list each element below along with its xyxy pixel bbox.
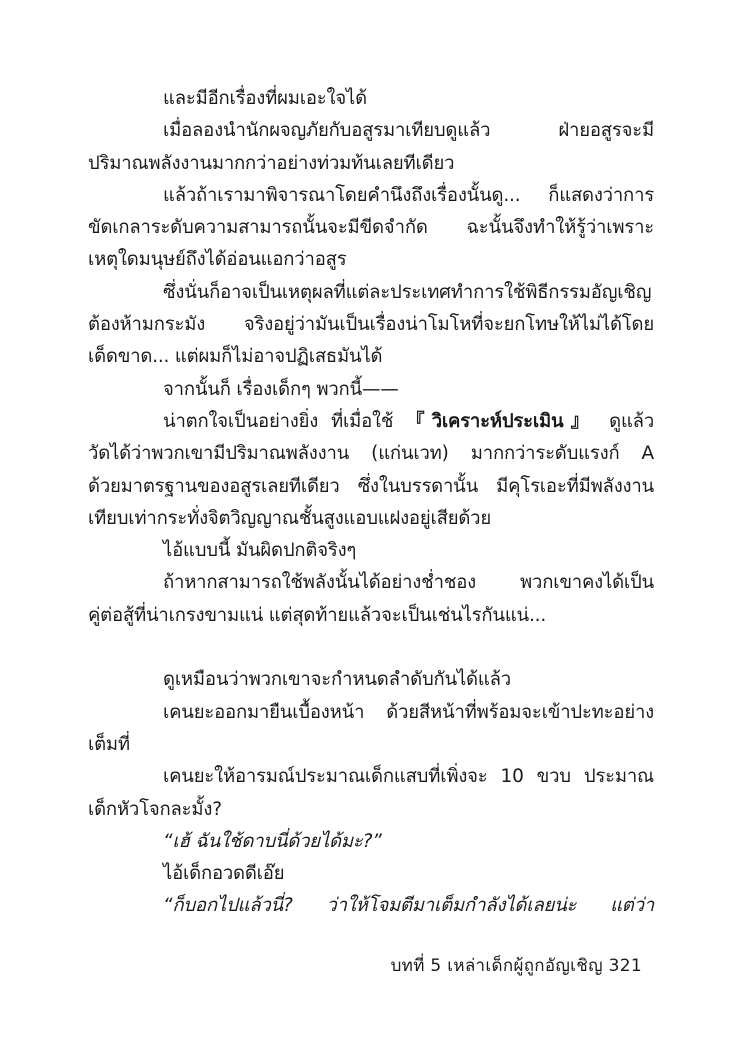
text-line: ไอ้แบบนี้ มันผิดปกติจริงๆ [88, 535, 654, 567]
text-line: เด็ดขาด... แต่ผมก็ไม่อาจปฏิเสธมันได้ [88, 341, 654, 373]
text-line: ปริมาณพลังงานมากกว่าอย่างท่วมท้นเลยทีเดี… [88, 148, 654, 180]
dialogue-line: “ก็บอกไปแล้วนี่? ว่าให้โจมตีมาเต็มกำลังไ… [88, 890, 654, 922]
text-line: เต็มที่ [88, 729, 654, 761]
text-line: เมื่อลองนำนักผจญภัยกับอสูรมาเทียบดูแล้ว … [88, 115, 654, 147]
text-line: เหตุใดมนุษย์ถึงได้อ่อนแอกว่าอสูร [88, 244, 654, 276]
text-line: น่าตกใจเป็นอย่างยิ่ง ที่เมื่อใช้ 『วิเครา… [88, 406, 654, 438]
text-line: ถ้าหากสามารถใช้พลังนั้นได้อย่างช่ำชอง พว… [88, 567, 654, 599]
skill-name: 『วิเคราะห์ประเมิน』 [406, 411, 596, 432]
text-line: ต้องห้ามกระมัง จริงอยู่ว่ามันเป็นเรื่องน… [88, 309, 654, 341]
chapter-title: บทที่ 5 เหล่าเด็กผู้ถูกอัญเชิญ [391, 956, 603, 976]
text-line: เคนยะออกมายืนเบื้องหน้า ด้วยสีหน้าที่พร้… [88, 697, 654, 729]
text-line: จากนั้นก็ เรื่องเด็กๆ พวกนี้—— [88, 374, 654, 406]
text-line: ซึ่งนั่นก็อาจเป็นเหตุผลที่แต่ละประเทศทำก… [88, 277, 654, 309]
text-line: ขัดเกลาระดับความสามารถนั้นจะมีขีดจำกัด ฉ… [88, 212, 654, 244]
text-line: ไอ้เด็กอวดดีเอ๊ย [88, 858, 654, 890]
page-number: 321 [609, 956, 642, 976]
text-line: คู่ต่อสู้ที่น่าเกรงขามแน่ แต่สุดท้ายแล้ว… [88, 600, 654, 632]
text-line: ด้วยมาตรฐานของอสูรเลยทีเดียว ซึ่งในบรรดา… [88, 471, 654, 503]
text-line: เด็กหัวโจกละมั้ง? [88, 794, 654, 826]
body-text: และมีอีกเรื่องที่ผมเอะใจได้ เมื่อลองนำนั… [88, 83, 654, 923]
text-line: เทียบเท่ากระทั่งจิตวิญญาณชั้นสูงแอบแฝงอย… [88, 503, 654, 535]
dialogue-line: “เฮ้ ฉันใช้ดาบนี่ด้วยได้มะ?” [88, 826, 654, 858]
text-line: วัดได้ว่าพวกเขามีปริมาณพลังงาน (แก่นเวท)… [88, 438, 654, 470]
text-fragment: น่าตกใจเป็นอย่างยิ่ง ที่เมื่อใช้ [163, 411, 406, 432]
blank-line [88, 632, 654, 664]
text-line: แล้วถ้าเรามาพิจารณาโดยคำนึงถึงเรื่องนั้น… [88, 180, 654, 212]
text-line: และมีอีกเรื่องที่ผมเอะใจได้ [88, 83, 654, 115]
text-fragment: ดูแล้ว [596, 411, 654, 432]
text-line: ดูเหมือนว่าพวกเขาจะกำหนดลำดับกันได้แล้ว [88, 664, 654, 696]
text-line: เคนยะให้อารมณ์ประมาณเด็กแสบที่เพิ่งจะ 10… [88, 761, 654, 793]
book-page: และมีอีกเรื่องที่ผมเอะใจได้ เมื่อลองนำนั… [0, 0, 738, 1051]
page-footer: บทที่ 5 เหล่าเด็กผู้ถูกอัญเชิญ 321 [391, 952, 642, 979]
